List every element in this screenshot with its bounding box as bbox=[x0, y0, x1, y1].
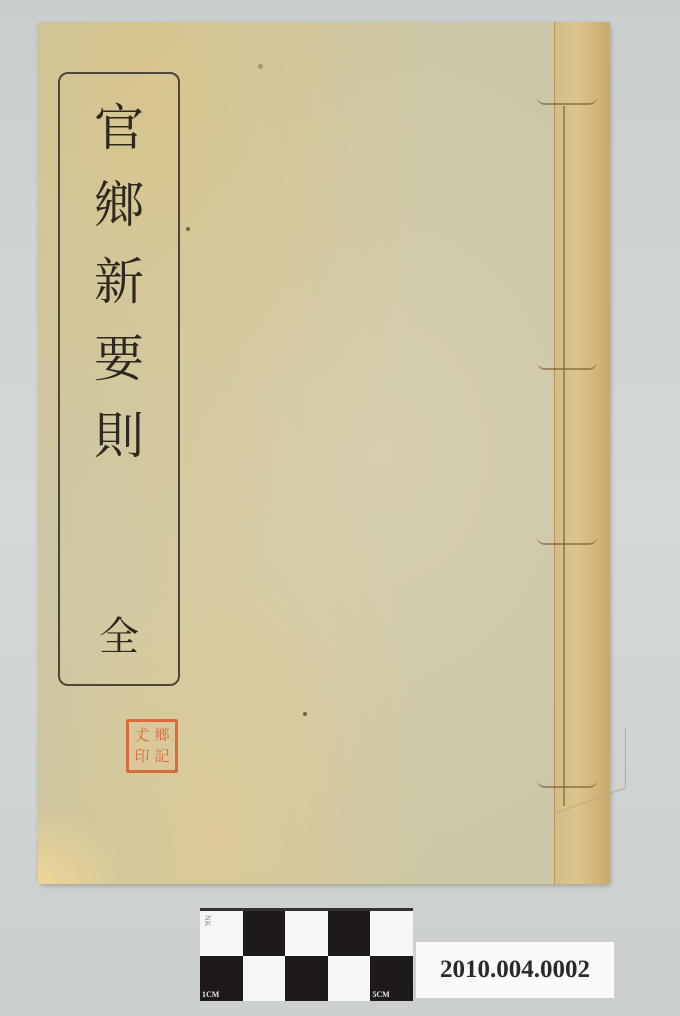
scale-square bbox=[328, 956, 371, 1001]
catalog-number-card: 2010.004.0002 bbox=[416, 942, 614, 998]
title-char: 新 bbox=[94, 244, 144, 321]
red-seal-stamp: 𠀋 鄉 印 記 bbox=[126, 719, 178, 773]
seal-char: 𠀋 bbox=[132, 725, 152, 746]
scale-start-label: 1CM bbox=[202, 990, 219, 999]
seal-char: 記 bbox=[152, 746, 172, 767]
scale-square: 1CM bbox=[200, 956, 243, 1001]
scale-square bbox=[328, 911, 371, 956]
scale-side-mark: NK bbox=[203, 915, 212, 927]
title-label-box: 官 鄉 新 要 則 全 bbox=[58, 72, 180, 686]
seal-char: 鄉 bbox=[152, 725, 172, 746]
scale-square bbox=[285, 956, 328, 1001]
book-title: 官 鄉 新 要 則 bbox=[60, 90, 178, 475]
scale-end-label: 5CM bbox=[372, 990, 389, 999]
scale-square: NK bbox=[200, 911, 243, 956]
volume-mark: 全 bbox=[60, 605, 178, 662]
binding-stitch bbox=[537, 537, 597, 545]
binding-stitch bbox=[537, 362, 597, 370]
scale-square bbox=[370, 911, 413, 956]
binding-line bbox=[563, 106, 565, 806]
title-char: 則 bbox=[94, 398, 144, 475]
scale-square bbox=[243, 956, 286, 1001]
scale-bar: NK 1CM 5CM bbox=[200, 908, 413, 1001]
scale-square bbox=[243, 911, 286, 956]
title-char: 要 bbox=[94, 321, 144, 398]
title-char: 官 bbox=[94, 90, 144, 167]
scale-square bbox=[285, 911, 328, 956]
book-cover: 官 鄉 新 要 則 全 𠀋 鄉 印 記 bbox=[38, 22, 610, 884]
worn-corner bbox=[38, 804, 128, 884]
seal-char: 印 bbox=[132, 746, 152, 767]
title-char: 鄉 bbox=[94, 167, 144, 244]
binding-stitch bbox=[537, 97, 597, 105]
catalog-number: 2010.004.0002 bbox=[440, 956, 590, 984]
stain-spot bbox=[303, 712, 307, 716]
scale-square: 5CM bbox=[370, 956, 413, 1001]
stain-spot bbox=[258, 64, 263, 69]
stain-spot bbox=[186, 227, 190, 231]
